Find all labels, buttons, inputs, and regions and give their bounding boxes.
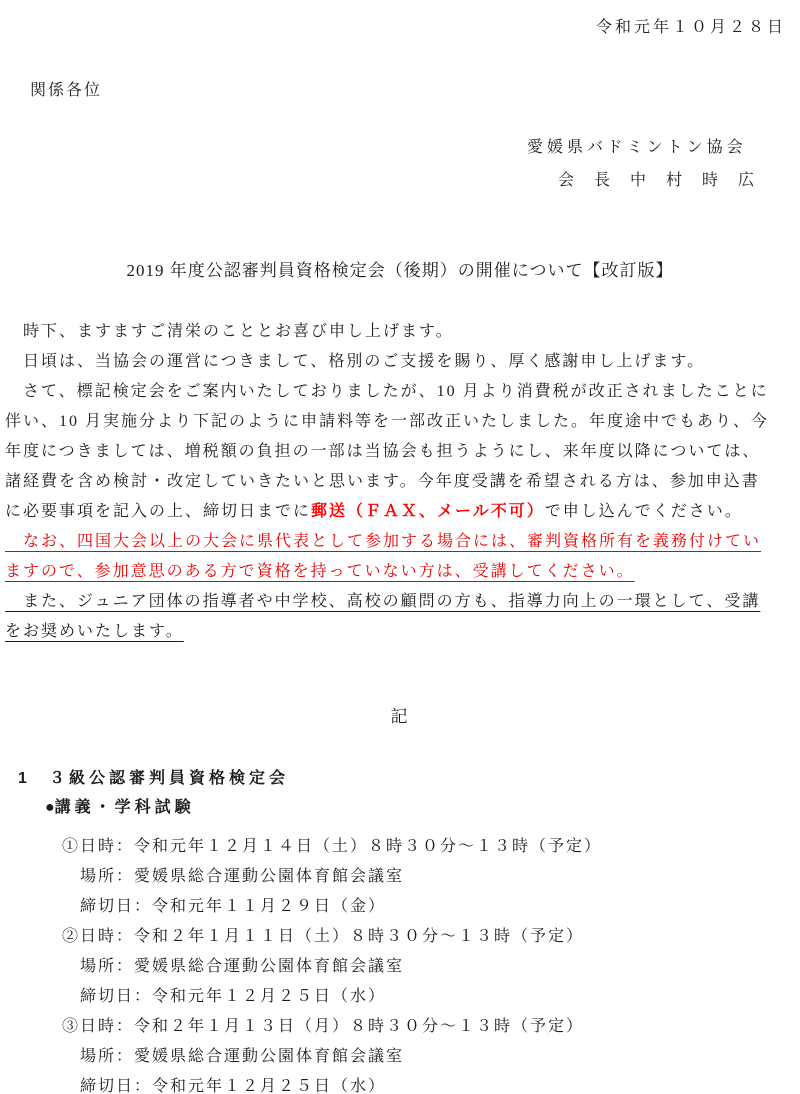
exam-2-place: 場所：愛媛県総合運動公園体育館会議室 — [0, 952, 800, 982]
document-title: 2019 年度公認審判員資格検定会（後期）の開催について【改訂版】 — [0, 256, 800, 281]
exam-3-place: 場所：愛媛県総合運動公園体育館会議室 — [0, 1042, 800, 1072]
letter-page: 令和元年１０月２８日 関係各位 愛媛県バドミントン協会 会 長 中 村 時 広 … — [0, 0, 800, 1094]
lecture-exam-subheading: ●講義・学科試験 — [45, 796, 800, 820]
body-line-6: 諸経費を含め検討・改定していきたいと思います。今年度受講を希望される方は、参加申… — [0, 467, 800, 497]
exam-3-datetime: ③日時：令和２年１月１３日（月）８時３０分～１３時（予定） — [0, 1012, 800, 1042]
red-note-line-2: ますので、参加意思のある方で資格を持っていない方は、受講してください。 — [0, 557, 800, 587]
body-line-1: 時下、ますますご清栄のこととお喜び申し上げます。 — [0, 317, 800, 347]
recipient: 関係各位 — [30, 77, 800, 100]
sender-representative: 会 長 中 村 時 広 — [558, 167, 800, 190]
bullet-icon: ● — [45, 799, 55, 816]
exam-2-datetime: ②日時：令和２年１月１１日（土）８時３０分～１３時（予定） — [0, 922, 800, 952]
exam-1-place: 場所：愛媛県総合運動公園体育館会議室 — [0, 862, 800, 892]
body-line-2: 日頃は、当協会の運営につきまして、格別のご支援を賜り、厚く感謝申し上げます。 — [0, 347, 800, 377]
body-text: 時下、ますますご清栄のこととお喜び申し上げます。 日頃は、当協会の運営につきまし… — [0, 317, 800, 647]
mail-only-emphasis: 郵送（ＦＡＸ、メール不可） — [311, 503, 545, 520]
body-line-7: に必要事項を記入の上、締切日までに郵送（ＦＡＸ、メール不可）で申し込んでください… — [0, 497, 800, 527]
exam-1-deadline: 締切日：令和元年１１月２９日（金） — [0, 892, 800, 922]
sender-organization: 愛媛県バドミントン協会 — [527, 134, 800, 157]
document-date: 令和元年１０月２８日 — [0, 0, 800, 37]
exam-1-datetime: ①日時：令和元年１２月１４日（土）８時３０分～１３時（予定） — [0, 832, 800, 862]
section-1-number: 1 — [18, 767, 49, 791]
body-line-7-post: で申し込んでください。 — [545, 503, 743, 520]
body-line-7-pre: に必要事項を記入の上、締切日までに — [5, 503, 311, 520]
ki-notation: 記 — [0, 705, 800, 729]
section-1-heading-label: ３級公認審判員資格検定会 — [49, 770, 289, 787]
body-line-4: 伴い、10 月実施分より下記のように申請料等を一部改正いたしました。年度途中でも… — [0, 407, 800, 437]
section-1-heading: 1３級公認審判員資格検定会 — [18, 767, 800, 791]
exam-schedule-list: ①日時：令和元年１２月１４日（土）８時３０分～１３時（予定） 場所：愛媛県総合運… — [0, 832, 800, 1094]
exam-3-deadline: 締切日：令和元年１２月２５日（水） — [0, 1072, 800, 1094]
black-note-line-1: また、ジュニア団体の指導者や中学校、高校の顧問の方も、指導力向上の一環として、受… — [0, 587, 800, 617]
body-line-5: 年度につきましては、増税額の負担の一部は当協会も担うようにし、来年度以降について… — [0, 437, 800, 467]
lecture-exam-label: 講義・学科試験 — [55, 799, 195, 816]
body-line-3: さて、標記検定会をご案内いたしておりましたが、10 月より消費税が改正されました… — [0, 377, 800, 407]
exam-2-deadline: 締切日：令和元年１２月２５日（水） — [0, 982, 800, 1012]
black-note-line-2: をお奨めいたします。 — [0, 617, 800, 647]
red-note-line-1: なお、四国大会以上の大会に県代表として参加する場合には、審判資格所有を義務付けて… — [0, 527, 800, 557]
